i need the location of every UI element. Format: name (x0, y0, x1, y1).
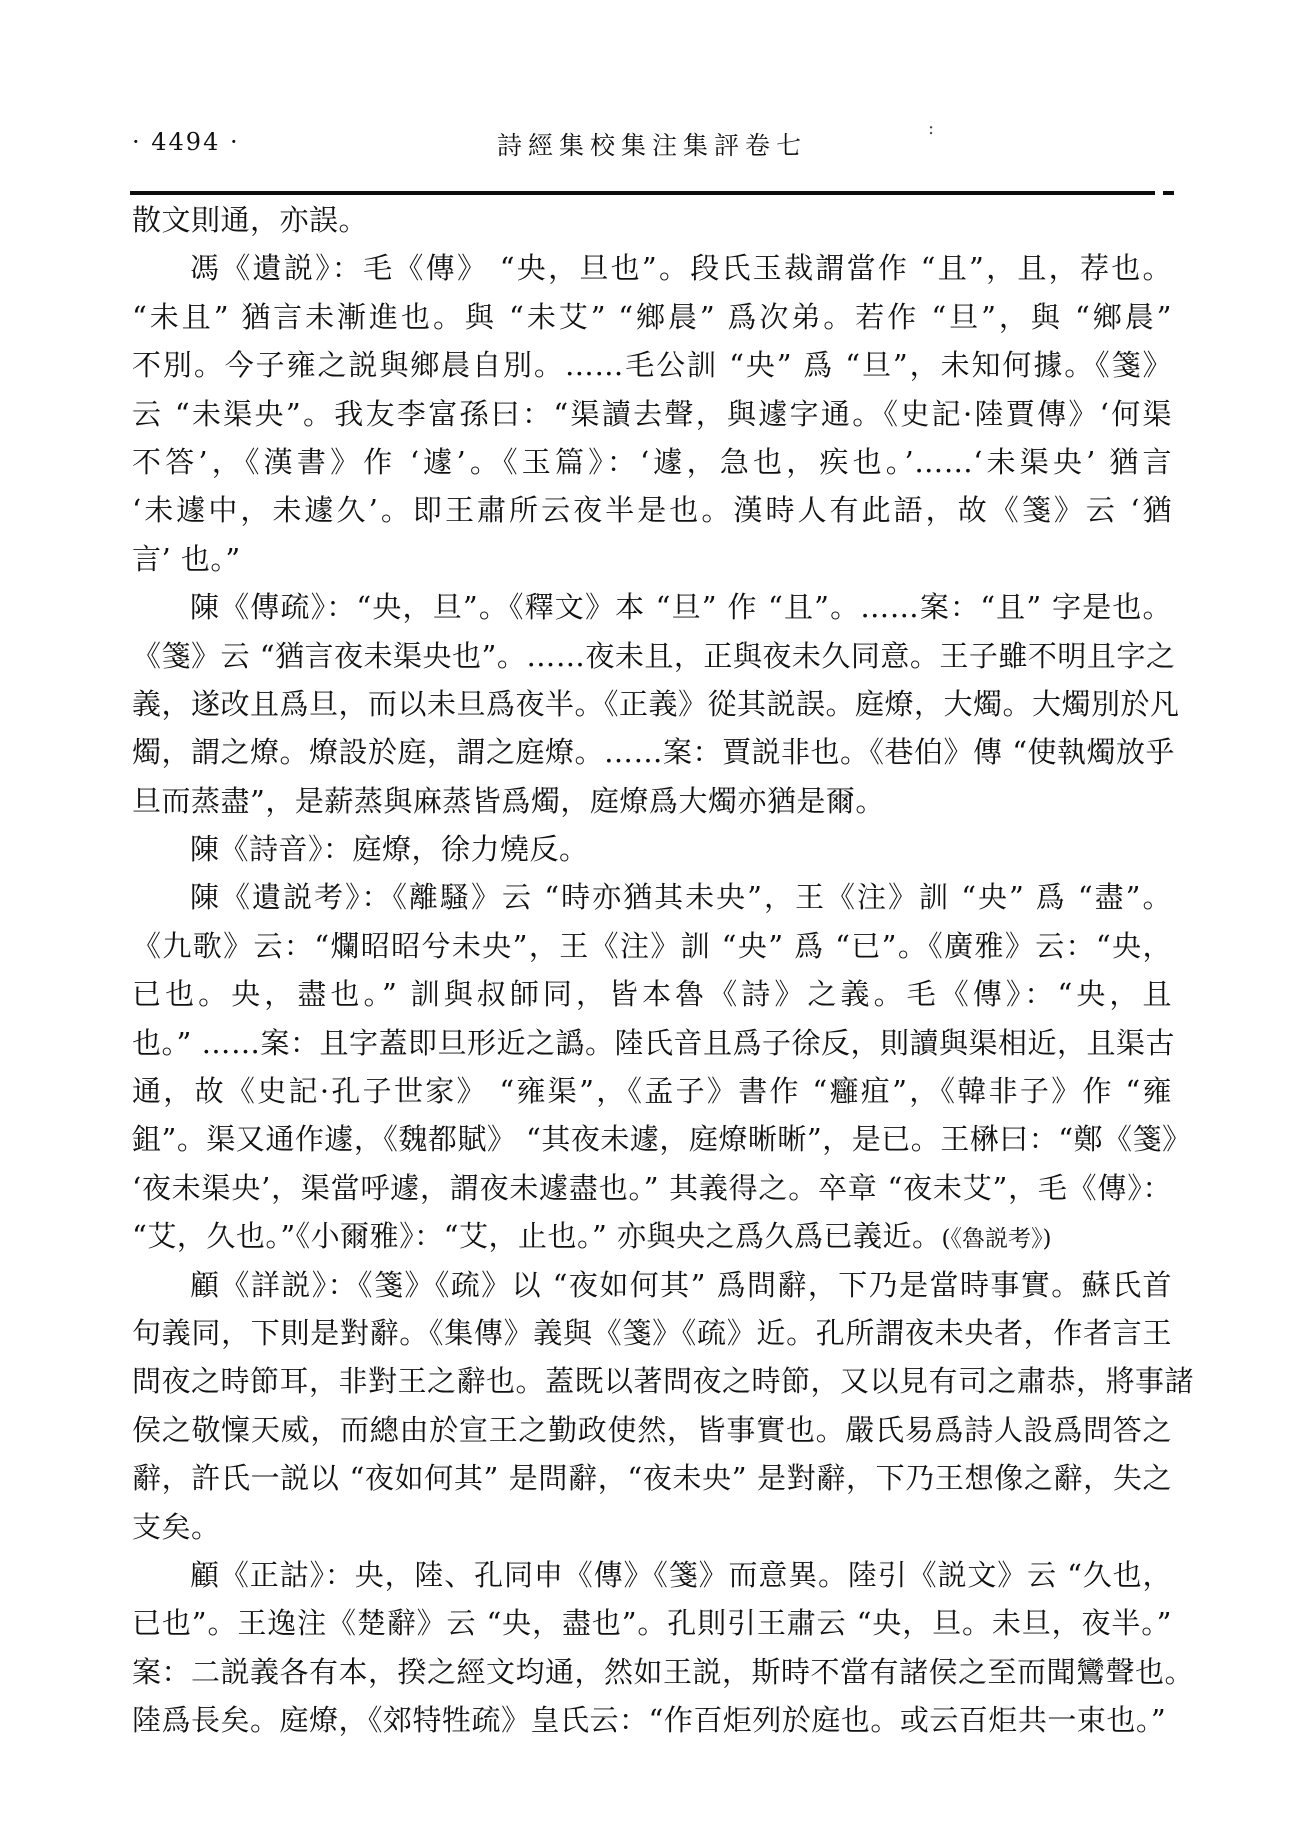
text-line: 不答’，《漢書》作 ‘遽’。《玉篇》：‘遽，急也，疾也。’……‘未渠央’ 猶言 (132, 438, 1172, 486)
text-line: 陸爲長矣。庭燎，《郊特牲疏》皇氏云：“作百炬列於庭也。或云百炬共一束也。” (132, 1696, 1172, 1744)
text-line: 已也。央，盡也。” 訓與叔師同，皆本魯《詩》之義。毛《傳》：“央，且 (132, 970, 1172, 1018)
text-line: “未且” 猶言未漸進也。與 “未艾” “鄉晨” 爲次弟。若作 “旦”，與 “鄉晨… (132, 293, 1172, 341)
text-line: 通，故《史記·孔子世家》 “雍渠”，《孟子》書作 “癰疽”，《韓非子》作 “雍 (132, 1067, 1172, 1115)
text-line: 陳《詩音》：庭燎，徐力燒反。 (132, 825, 1172, 873)
text-line: 已也”。王逸注《楚辭》云 “央，盡也”。孔則引王肅云 “央，旦。未旦，夜半。” (132, 1599, 1172, 1647)
text-line: 《九歌》云：“爛昭昭兮未央”，王《注》訓 “央” 爲 “已”。《廣雅》云：“央， (132, 922, 1172, 970)
text-line: 顧《詳説》：《箋》《疏》以 “夜如何其” 爲問辭，下乃是當時事實。蘇氏首 (132, 1261, 1172, 1309)
text-line: 《箋》云 “猶言夜未渠央也”。……夜未且，正與夜未久同意。王子雖不明且字之 (132, 632, 1172, 680)
header-rule (130, 191, 1174, 195)
source-note: (《魯説考》) (942, 1226, 1052, 1252)
text-line: 義，遂改且爲旦，而以未旦爲夜半。《正義》從其説誤。庭燎，大燭。大燭別於凡 (132, 680, 1172, 728)
text-line: 案：二説義各有本，揆之經文均通，然如王説，斯時不當有諸侯之至而聞鸞聲也。 (132, 1648, 1172, 1696)
text-line: 散文則通，亦誤。 (132, 196, 1172, 244)
page-header: · 4494 · 詩經集校集注集評卷七 : (132, 124, 1172, 160)
text-line: 云 “未渠央”。我友李富孫曰：“渠讀去聲，與遽字通。《史記·陸賈傳》‘何渠 (132, 390, 1172, 438)
text-line: 支矣。 (132, 1503, 1172, 1551)
text-line: 辭，許氏一説以 “夜如何其” 是問辭，“夜未央” 是對辭，下乃王想像之辭，失之 (132, 1454, 1172, 1502)
text-line: 不別。今子雍之説與鄉晨自別。……毛公訓 “央” 爲 “旦”，未知何據。《箋》 (132, 341, 1172, 389)
text-line: 句義同，下則是對辭。《集傳》義與《箋》《疏》近。孔所謂夜未央者，作者言王 (132, 1309, 1172, 1357)
text-line: 燭，謂之燎。燎設於庭，謂之庭燎。……案：賈説非也。《巷伯》傳 “使執燭放乎 (132, 728, 1172, 776)
running-title: 詩經集校集注集評卷七 (132, 126, 1172, 162)
text-line: ‘夜未渠央’，渠當呼遽，謂夜未遽盡也。” 其義得之。卒章 “夜未艾”，毛《傳》： (132, 1164, 1172, 1212)
text-line: 侯之敬懍天威，而總由於宣王之勤政使然，皆事實也。嚴氏易爲詩人設爲問答之 (132, 1406, 1172, 1454)
text-line: 陳《傳疏》：“央，旦”。《釋文》本 “旦” 作 “且”。……案：“且” 字是也。 (132, 583, 1172, 631)
text-line: ‘未遽中，未遽久’。即王肅所云夜半是也。漢時人有此語，故《箋》云 ‘猶 (132, 486, 1172, 534)
header-rule-gap (1155, 191, 1163, 195)
text-line: 陳《遺説考》：《離騷》云 “時亦猶其未央”，王《注》訓 “央” 爲 “盡”。 (132, 873, 1172, 921)
text-line: 鉏”。渠又通作遽，《魏都賦》 “其夜未遽，庭燎晰晰”，是已。王楙曰：“鄭《箋》 (132, 1115, 1172, 1163)
text-line: 也。” ……案：且字蓋即旦形近之譌。陸氏音且爲子徐反，則讀與渠相近，且渠古 (132, 1019, 1172, 1067)
text-line: 言’ 也。” (132, 535, 1172, 583)
text-line: 馮《遺説》：毛《傳》 “央，旦也”。段氏玉裁謂當作 “且”，且，荐也。 (132, 244, 1172, 292)
text-line: 顧《正詁》：央，陸、孔同申《傳》《箋》而意異。陸引《説文》云 “久也， (132, 1551, 1172, 1599)
stray-mark: : (928, 118, 934, 139)
book-page: · 4494 · 詩經集校集注集評卷七 : 散文則通，亦誤。馮《遺説》：毛《傳》… (0, 0, 1300, 1827)
text-line: “艾，久也。”《小爾雅》：“艾，止也。” 亦與央之爲久爲已義近。(《魯説考》) (132, 1212, 1172, 1260)
text-line: 問夜之時節耳，非對王之辭也。蓋既以著問夜之時節，又以見有司之肅恭，將事諸 (132, 1357, 1172, 1405)
text-line: 旦而蒸盡”，是薪蒸與麻蒸皆爲燭，庭燎爲大燭亦猶是爾。 (132, 777, 1172, 825)
text-block: 散文則通，亦誤。馮《遺説》：毛《傳》 “央，旦也”。段氏玉裁謂當作 “且”，且，… (132, 196, 1172, 1745)
